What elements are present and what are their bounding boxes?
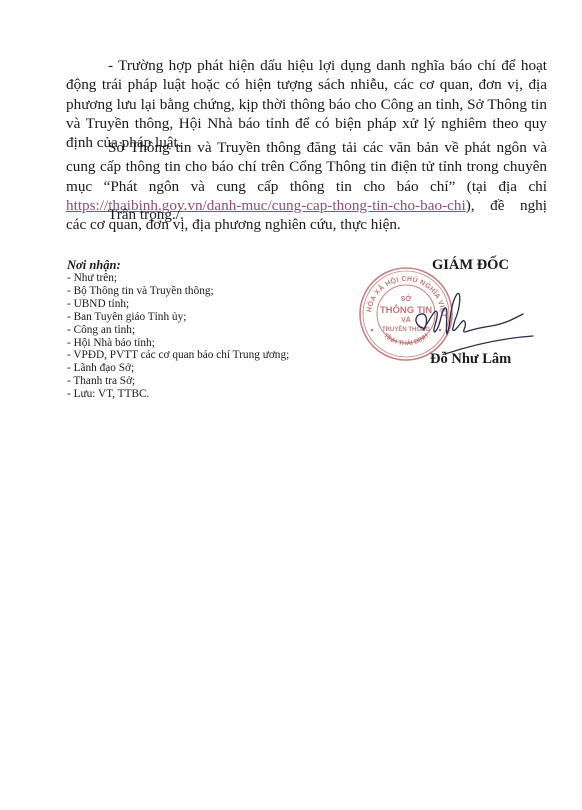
recipient-item: - Hội Nhà báo tỉnh; (67, 337, 357, 350)
handwritten-signature-icon (405, 288, 535, 358)
recipient-item: - Bộ Thông tin và Truyền thông; (67, 285, 357, 298)
recipient-item: - Công an tỉnh; (67, 324, 357, 337)
document-page: - Trường hợp phát hiện dấu hiệu lợi dụng… (0, 0, 582, 810)
recipients-title: Nơi nhận: (67, 258, 357, 272)
recipient-item: - Thanh tra Sở; (67, 375, 357, 388)
recipient-item: - Như trên; (67, 272, 357, 285)
recipient-item: - Lãnh đạo Sở; (67, 362, 357, 375)
closing-regards: Trân trọng./. (66, 205, 547, 224)
signer-name: Đỗ Như Lâm (430, 351, 511, 368)
recipients-list: - Như trên; - Bộ Thông tin và Truyền thô… (67, 272, 357, 401)
paragraph-text-before-link: Sở Thông tin và Truyền thông đăng tải cá… (66, 139, 547, 195)
recipient-item: - VPĐD, PVTT các cơ quan báo chí Trung ư… (67, 349, 357, 362)
recipient-item: - Ban Tuyên giáo Tỉnh ủy; (67, 311, 357, 324)
recipients-block: Nơi nhận: - Như trên; - Bộ Thông tin và … (67, 258, 357, 401)
recipient-item: - Lưu: VT, TTBC. (67, 388, 357, 401)
recipient-item: - UBND tỉnh; (67, 298, 357, 311)
